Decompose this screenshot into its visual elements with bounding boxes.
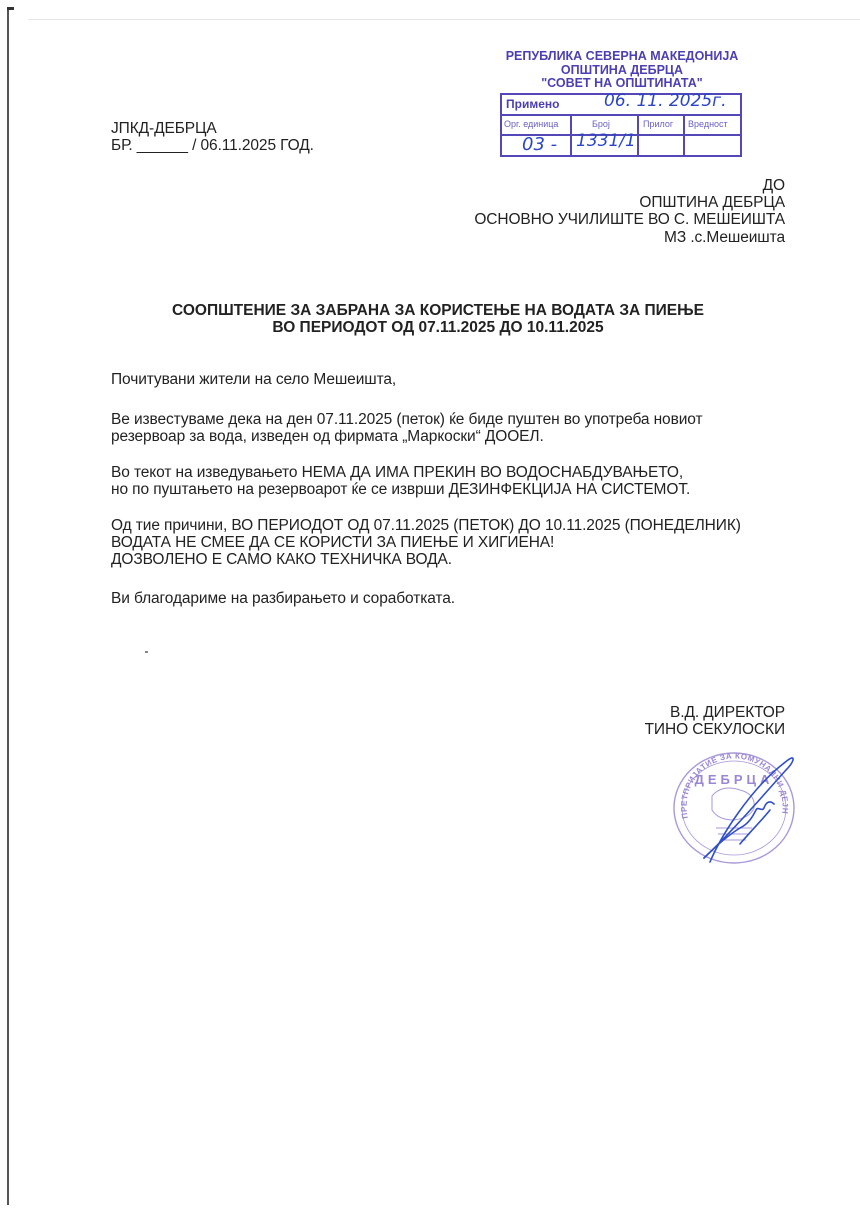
- sender-reference: БР. ______ / 06.11.2025 ГОД.: [111, 137, 314, 154]
- stamp-header-line: РЕПУБЛИКА СЕВЕРНА МАКЕДОНИЈА: [497, 50, 747, 64]
- scan-speck: [145, 651, 148, 653]
- stamp-received-date: 06. 11. 2025г.: [604, 91, 726, 111]
- document-title: СООПШТЕНИЕ ЗА ЗАБРАНА ЗА КОРИСТЕЊЕ НА ВО…: [8, 302, 860, 319]
- paragraph-line: ВОДАТА НЕ СМЕЕ ДА СЕ КОРИСТИ ЗА ПИЕЊЕ И …: [111, 534, 554, 551]
- stamp-header-line: "СОВЕТ НА ОПШТИНАТА": [497, 77, 747, 91]
- stamp-col-value: Вредност: [688, 119, 728, 129]
- document-subtitle: ВО ПЕРИОДОТ ОД 07.11.2025 ДО 10.11.2025: [8, 319, 860, 336]
- signatory-name: ТИНО СЕКУЛОСКИ: [645, 721, 785, 738]
- paragraph-line: но по пуштањето на резервоарот ќе се изв…: [111, 481, 690, 498]
- stamp-col-attachment: Прилог: [643, 119, 673, 129]
- stamp-col-number: Број: [592, 119, 610, 129]
- signatory-title: В.Д. ДИРЕКТОР: [670, 704, 785, 721]
- paragraph-line: Ве известуваме дека на ден 07.11.2025 (п…: [111, 411, 702, 428]
- official-seal: ПРЕТПРИЈАТИЕ ЗА КОМУНАЛНИ ДЕЈНОСТ ДЕБРЦА: [670, 748, 798, 866]
- closing-line: Ви благодариме на разбирањето и соработк…: [111, 590, 455, 607]
- paragraph-line: Од тие причини, ВО ПЕРИОДОТ ОД 07.11.202…: [111, 517, 741, 534]
- stamp-header-line: ОПШТИНА ДЕБРЦА: [497, 64, 747, 78]
- paragraph-line: резервоар за вода, изведен од фирмата „М…: [111, 428, 544, 445]
- recipient-line: МЗ .с.Мешеишта: [664, 229, 785, 246]
- recipient-line: ДО: [763, 177, 785, 194]
- stamp-divider: [570, 116, 572, 155]
- stamp-col-org-unit: Орг. единица: [504, 119, 558, 129]
- stamp-number-value: 1331/1: [576, 131, 636, 151]
- stamp-table: Примено 06. 11. 2025г. Орг. единица Број…: [500, 93, 742, 157]
- recipient-line: ОПШТИНА ДЕБРЦА: [639, 194, 785, 211]
- paragraph-line: Во текот на изведувањето НЕМА ДА ИМА ПРЕ…: [111, 464, 683, 481]
- recipient-line: ОСНОВНО УЧИЛИШТЕ ВО С. МЕШЕИШТА: [474, 211, 785, 228]
- stamp-received-label: Примено: [506, 97, 559, 111]
- page-top-line: [28, 19, 860, 20]
- page-edge-line: [7, 7, 9, 1205]
- paragraph-line: ДОЗВОЛЕНО Е САМО КАКО ТЕХНИЧКА ВОДА.: [111, 551, 452, 568]
- greeting: Почитувани жители на село Мешеишта,: [111, 371, 396, 388]
- stamp-divider: [683, 116, 685, 155]
- page-edge-corner: [7, 7, 14, 10]
- sender-name: ЈПКД-ДЕБРЦА: [111, 120, 217, 137]
- stamp-org-unit-value: 03 -: [522, 134, 557, 155]
- stamp-header: РЕПУБЛИКА СЕВЕРНА МАКЕДОНИЈА ОПШТИНА ДЕБ…: [497, 50, 747, 91]
- stamp-divider: [637, 116, 639, 155]
